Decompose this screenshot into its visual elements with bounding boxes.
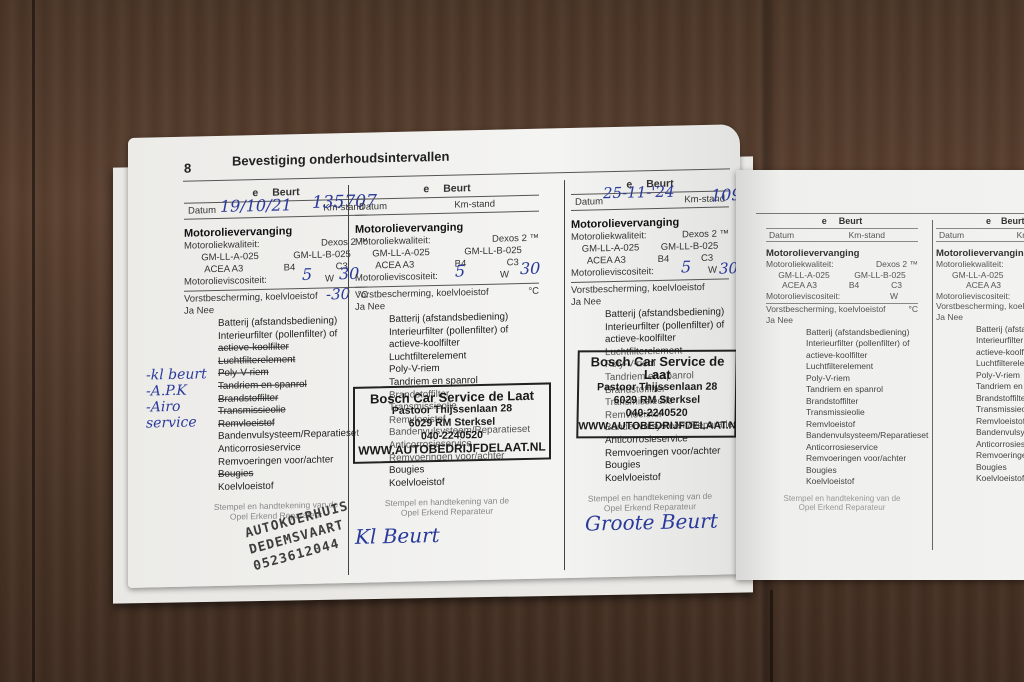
celsius-label: °C <box>908 304 918 315</box>
bosch-car-service-stamp: Bosch Car Service de Laat Pastoor Thijss… <box>353 382 551 463</box>
stamp-caption: Stempel en handtekening van deOpel Erken… <box>349 495 545 519</box>
beurt-number: e <box>822 216 827 226</box>
checklist-item: Anticorrosieservice <box>976 439 1024 451</box>
checklist-item: Brandstoffilter <box>976 393 1024 405</box>
checklist-item: Tandriem en spanrol <box>806 384 918 396</box>
service-entry-2: eBeurt Datum Km-stand Motorolievervangin… <box>348 181 545 575</box>
antifreeze-label: Vorstbescherming, koelvloeistof <box>766 304 886 315</box>
beurt-label: Beurt <box>839 216 863 226</box>
datum-row: Datum Km-stand 25-11-'24 109... <box>571 190 729 211</box>
b4-spec: B4 <box>849 280 859 291</box>
checklist-item: Bandenvulsysteem/Reparatieset <box>806 430 918 442</box>
stamp-line: Bosch Car Service de Laat <box>579 355 735 382</box>
datum-label: Datum <box>769 230 794 240</box>
service-entry-1: eBeurt Datum Km-stand 19/10/21 135707 Mo… <box>178 184 374 578</box>
acea-spec: ACEA A3 <box>966 280 1001 291</box>
handwritten-viscosity-left: 5 <box>302 269 312 281</box>
checklist-item: Poly-V-riem <box>976 370 1024 382</box>
acea-spec: ACEA A3 <box>375 260 414 273</box>
checklist-item: Remvoeringen voor/achter <box>806 453 918 465</box>
checklist-item: Transmissieolie <box>806 407 918 419</box>
service-entry-5: eBeurt DatumKm-stand Motorolievervanging… <box>936 216 1024 485</box>
checklist-item: Koelvloeistof <box>976 473 1024 485</box>
stamp-line: WWW.AUTOBEDRIJFDELAAT.NL <box>578 420 734 434</box>
handwritten-date: 19/10/21 <box>220 195 292 216</box>
stamp-caption-line: Opel Erkend Reparateur <box>766 503 918 512</box>
acea-spec: ACEA A3 <box>204 263 243 276</box>
checklist-item: Remvoeringen voor/achter <box>976 450 1024 462</box>
checklist-item: Remvloeistof <box>976 416 1024 428</box>
checklist-item: Luchtfilterelement <box>976 358 1024 370</box>
c3-spec: C3 <box>507 257 519 269</box>
service-entry-4: eBeurt DatumKm-stand Motorolievervanging… <box>766 216 918 512</box>
viscosity-label: Motorolieviscositeit: <box>766 291 840 302</box>
checklist-item: Bandenvulsysteem/Reparatieset <box>976 427 1024 439</box>
stamp-line: Pastoor Thijssenlaan 28 <box>579 381 735 395</box>
stamp-caption: Stempel en handtekening van deOpel Erken… <box>766 494 918 512</box>
stamp-line: 6029 RM Sterksel <box>579 394 735 408</box>
dexos-spec: Dexos 2 ™ <box>682 228 729 241</box>
checklist-item: Anticorrosieservice <box>806 442 918 454</box>
checklist-item: actieve-koolfilter <box>806 350 918 362</box>
bosch-car-service-stamp: Bosch Car Service de Laat Pastoor Thijss… <box>576 350 738 439</box>
page-number: 8 <box>184 161 191 176</box>
stamp-line: WWW.AUTOBEDRIJFDELAAT.NL <box>355 440 549 457</box>
beurt-label: Beurt <box>443 182 470 195</box>
b4-spec: B4 <box>658 254 670 266</box>
stamp-caption-line: Stempel en handtekening van de <box>766 494 918 503</box>
acea-spec: ACEA A3 <box>587 255 626 268</box>
datum-row: Datum Km-stand 19/10/21 135707 <box>184 199 368 220</box>
beurt-number: e <box>986 216 991 226</box>
yes-no-header: Ja Nee <box>571 293 729 308</box>
c3-spec: C3 <box>891 280 902 291</box>
note-line: -Airo <box>146 398 207 415</box>
checklist-item: actieve-koolfilter <box>976 347 1024 359</box>
handwritten-viscosity-left: 5 <box>681 261 691 273</box>
checklist-item: Batterij (afstandsbediening) <box>976 324 1024 336</box>
checklist-item: Transmissieolie <box>976 404 1024 416</box>
stamp-line: 040-2240520 <box>579 407 735 421</box>
oil-quality-label: Motoroliekwaliteit: <box>936 259 1004 270</box>
acea-spec: ACEA A3 <box>782 280 817 291</box>
handwritten-margin-note: -kl beurt -A.P.K -Airo service <box>146 366 207 431</box>
km-stand-label: Km-stand <box>849 230 885 240</box>
note-line: -A.P.K <box>146 382 207 399</box>
checklist-item: Bougies <box>976 462 1024 474</box>
gm-a-spec: GM-LL-A-025 <box>201 251 259 264</box>
antifreeze-label: Vorstbescherming, koelvloeistof <box>936 301 1024 312</box>
service-checklist: Batterij (afstandsbediening) Interieurfi… <box>806 327 918 488</box>
km-stand-label: Km-stand <box>454 199 495 211</box>
yes-no-header: Ja Nee <box>766 315 918 325</box>
handwritten-signature: Groote Beurt <box>585 509 718 536</box>
viscosity-label: Motorolieviscositeit: <box>936 291 1010 302</box>
gm-b-spec: GM-LL-B-025 <box>854 270 906 281</box>
checklist-item: Bougies <box>806 465 918 477</box>
service-entry-3: eBeurt Datum Km-stand 25-11-'24 109... M… <box>564 176 735 570</box>
gm-a-spec: GM-LL-A-025 <box>778 270 830 281</box>
checklist-item: Interieurfilter (pollenfilter) of <box>976 335 1024 347</box>
column-divider <box>932 220 933 550</box>
page-title: Bevestiging onderhoudsintervallen <box>232 149 449 169</box>
checklist-item: Batterij (afstandsbediening) <box>806 327 918 339</box>
w-label: W <box>325 273 334 285</box>
viscosity-label: Motorolieviscositeit: <box>355 271 438 285</box>
handwritten-antifreeze: -30 <box>326 285 350 304</box>
note-line: -kl beurt <box>146 366 207 383</box>
checklist-item: Tandriem en spanrol <box>976 381 1024 393</box>
gm-a-spec: GM-LL-A-025 <box>372 247 430 260</box>
checklist-item: Koelvloeistof <box>605 470 735 486</box>
header-divider <box>756 213 1024 214</box>
b4-spec: B4 <box>284 262 296 274</box>
w-label: W <box>708 265 717 277</box>
datum-row: Datum Km-stand <box>355 195 539 216</box>
datum-row: DatumKm-stand <box>936 228 1024 242</box>
checklist-item: Luchtfilterelement <box>806 361 918 373</box>
viscosity-label: Motorolieviscositeit: <box>184 275 267 289</box>
booklet-right-page: eBeurt DatumKm-stand Motorolievervanging… <box>736 170 1024 580</box>
plank-gap <box>770 590 773 682</box>
datum-row: DatumKm-stand <box>766 228 918 242</box>
gm-a-spec: GM-LL-A-025 <box>952 270 1004 281</box>
checklist-item: Remvloeistof <box>806 419 918 431</box>
oil-quality-label: Motoroliekwaliteit: <box>766 259 834 270</box>
dexos-spec: Dexos 2 ™ <box>876 259 918 270</box>
dexos-spec: Dexos 2 ™ <box>492 233 539 246</box>
handwritten-signature: Kl Beurt <box>355 523 440 549</box>
note-line: service <box>146 414 207 431</box>
celsius-label: °C <box>528 286 539 297</box>
checklist-item: Koelvloeistof <box>806 476 918 488</box>
handwritten-viscosity-right: 30 <box>520 263 540 275</box>
section-heading: Motorolievervanging <box>936 248 1024 259</box>
c3-spec: C3 <box>701 253 713 265</box>
checklist-item: Poly-V-riem <box>806 373 918 385</box>
datum-label: Datum <box>575 196 603 208</box>
yes-no-header: Ja Nee <box>936 312 1024 322</box>
km-stand-label: Km-stand <box>1017 230 1024 240</box>
plank-gap <box>32 0 35 682</box>
datum-label: Datum <box>188 205 216 217</box>
datum-label: Datum <box>939 230 964 240</box>
section-heading: Motorolievervanging <box>766 248 918 259</box>
viscosity-label: Motorolieviscositeit: <box>571 266 654 280</box>
datum-label: Datum <box>359 201 387 213</box>
service-checklist: Batterij (afstandsbediening) Interieurfi… <box>976 324 1024 485</box>
w-label: W <box>890 291 898 302</box>
w-label: W <box>500 269 509 281</box>
beurt-number: e <box>423 183 429 195</box>
checklist-item: Interieurfilter (pollenfilter) of <box>806 338 918 350</box>
handwritten-date: 25-11-'24 <box>603 183 675 203</box>
gm-a-spec: GM-LL-A-025 <box>582 242 640 255</box>
checklist-item: Brandstoffilter <box>806 396 918 408</box>
booklet-left-page: 8 Bevestiging onderhoudsintervallen eBeu… <box>128 124 740 588</box>
beurt-label: Beurt <box>1001 216 1024 226</box>
handwritten-viscosity-left: 5 <box>455 265 465 277</box>
checklist-item: Koelvloeistof <box>389 474 545 490</box>
